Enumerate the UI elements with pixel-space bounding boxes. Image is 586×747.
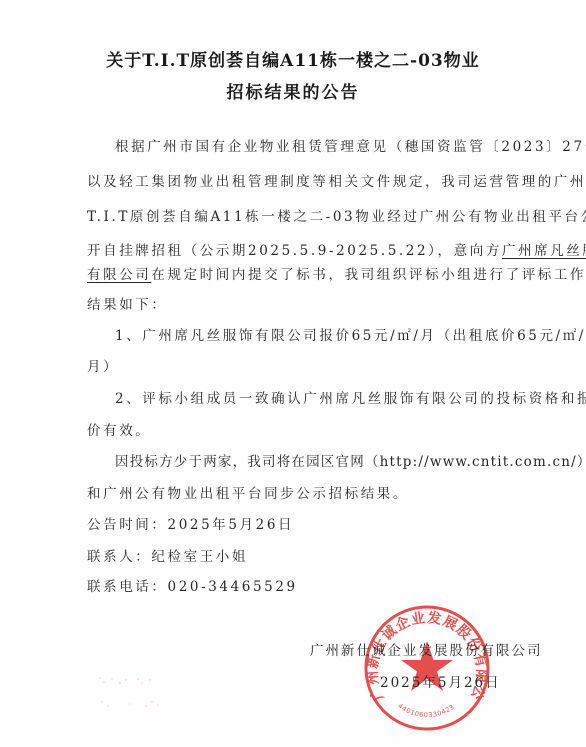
- paragraph1-line5-suffix: 在规定时间内提交了标书，我司组织评标小组进行了评标工作，: [151, 267, 586, 283]
- contact-phone: 联系电话：020-34465529: [87, 578, 517, 596]
- bidder-name-part2: 有限公司: [87, 267, 151, 283]
- signature-company: 广州新仕诚企业发展股份有限公司: [310, 639, 543, 659]
- paragraph2-line1: 因投标方少于两家，我司将在园区官网（http://www.cntit.com.c…: [115, 453, 517, 471]
- svg-text:4401060330423: 4401060330423: [396, 702, 456, 719]
- item2-line1: 2、评标小组成员一致确认广州席凡丝服饰有限公司的投标资格和报: [115, 390, 517, 408]
- paragraph1-line6: 结果如下：: [87, 296, 517, 314]
- bidder-name-part1: 广州席凡丝服饰: [502, 243, 586, 259]
- item1-line2: 月）: [87, 358, 517, 376]
- paragraph1-line3: T.I.T原创荟自编A11栋一楼之二-03物业经过广州公有物业出租平台公: [87, 208, 517, 226]
- paragraph1-line1: 根据广州市国有企业物业租赁管理意见（穗国资监管〔2023〕27号）: [115, 138, 517, 156]
- title-line-2: 招标结果的公告: [0, 78, 586, 103]
- faint-stamp-residue: [90, 670, 170, 720]
- item1-line1: 1、广州席凡丝服饰有限公司报价65元/㎡/月（出租底价65元/㎡/: [115, 327, 517, 345]
- paragraph1-line5: 有限公司在规定时间内提交了标书，我司组织评标小组进行了评标工作，: [87, 266, 517, 284]
- paragraph1-line4-prefix: 开自挂牌招租（公示期2025.5.9-2025.5.22），意向方: [87, 243, 502, 259]
- announcement-time: 公告时间：2025年5月26日: [87, 516, 517, 534]
- signature-date: 2025年5月26日: [380, 671, 501, 691]
- paragraph1-line4: 开自挂牌招租（公示期2025.5.9-2025.5.22），意向方广州席凡丝服饰: [87, 242, 517, 260]
- seal-number: 4401060330423: [396, 702, 456, 719]
- document-page: 关于T.I.T原创荟自编A11栋一楼之二-03物业 招标结果的公告 根据广州市国…: [0, 0, 586, 747]
- contact-person: 联系人：纪检室王小姐: [87, 548, 517, 566]
- paragraph2-line2: 和广州公有物业出租平台同步公示招标结果。: [87, 485, 517, 503]
- title-line-1: 关于T.I.T原创荟自编A11栋一楼之二-03物业: [0, 46, 586, 71]
- company-seal-icon: 广州新仕诚企业发展股份有限公司 4401060330423: [362, 603, 492, 733]
- item2-line2: 价有效。: [87, 422, 517, 440]
- paragraph1-line2: 以及轻工集团物业出租管理制度等相关文件规定，我司运营管理的广州: [87, 173, 517, 191]
